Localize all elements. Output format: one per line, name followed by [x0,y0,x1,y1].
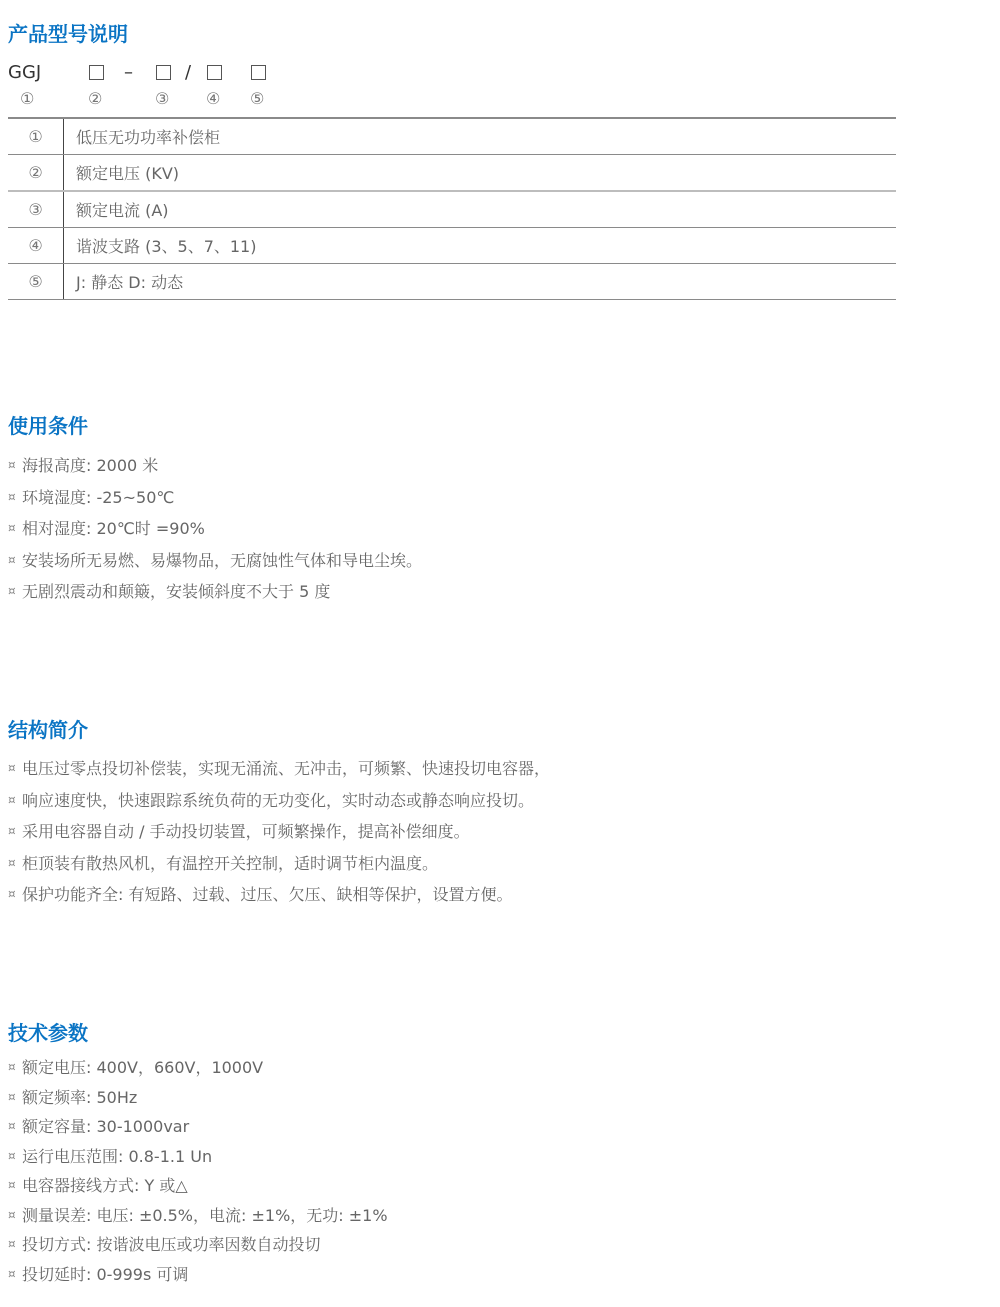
table-cell-index: ② [8,155,64,192]
list-item-text: 环境湿度: -25~50℃ [22,482,174,514]
table-cell-description: 低压无功功率补偿柜 [64,118,897,155]
code-placeholder-box-3 [156,65,171,80]
bullet-icon: ¤ [8,1142,22,1172]
list-item-text: 相对湿度: 20℃时 =90% [22,513,205,545]
list-item-text: 电容器接线方式: Y 或△ [22,1171,188,1201]
list-item: ¤相对湿度: 20℃时 =90% [8,513,422,545]
code-slash: / [185,60,191,86]
list-item-text: 投切方式: 按谐波电压或功率因数自动投切 [22,1230,320,1260]
list-item: ¤柜顶装有散热风机，有温控开关控制，适时调节柜内温度。 [8,848,550,880]
list-item: ¤投切方式: 按谐波电压或功率因数自动投切 [8,1230,388,1260]
bullet-icon: ¤ [8,848,22,880]
list-item-text: 额定容量: 30-1000var [22,1112,189,1142]
bullet-icon: ¤ [8,1083,22,1113]
code-number-3: ③ [155,88,169,110]
table-cell-description: 额定电压 (KV) [64,155,897,192]
structure-list: ¤电压过零点投切补偿装，实现无涌流、无冲击，可频繁、快速投切电容器， ¤响应速度… [8,753,550,911]
table-cell-description: J: 静态 D: 动态 [64,264,897,300]
list-item-text: 保护功能齐全: 有短路、过载、过压、欠压、缺相等保护，设置方便。 [22,879,512,911]
list-item-text: 额定频率: 50Hz [22,1083,137,1113]
list-item: ¤额定电压: 400V，660V，1000V [8,1053,388,1083]
table-row: ⑤ J: 静态 D: 动态 [8,264,896,300]
section-title-params: 技术参数 [8,1020,88,1046]
table-row: ② 额定电压 (KV) [8,155,896,192]
bullet-icon: ¤ [8,1171,22,1201]
section-title-conditions: 使用条件 [8,413,88,439]
list-item: ¤响应速度快，快速跟踪系统负荷的无功变化，实时动态或静态响应投切。 [8,785,550,817]
code-placeholder-box-5 [251,65,266,80]
list-item: ¤海报高度: 2000 米 [8,450,422,482]
params-list: ¤额定电压: 400V，660V，1000V ¤额定频率: 50Hz ¤额定容量… [8,1053,388,1289]
list-item-text: 投切延时: 0-999s 可调 [22,1260,188,1290]
list-item: ¤运行电压范围: 0.8-1.1 Un [8,1142,388,1172]
bullet-icon: ¤ [8,482,22,514]
code-number-4: ④ [206,88,220,110]
list-item: ¤无剧烈震动和颠簸，安装倾斜度不大于 5 度 [8,576,422,608]
bullet-icon: ¤ [8,1260,22,1290]
model-code-diagram: GGJ – / [8,60,408,86]
code-placeholder-box-4 [207,65,222,80]
model-code-prefix: GGJ [8,60,41,86]
bullet-icon: ¤ [8,1053,22,1083]
code-dash: – [124,60,133,86]
conditions-list: ¤海报高度: 2000 米 ¤环境湿度: -25~50℃ ¤相对湿度: 20℃时… [8,450,422,608]
list-item-text: 柜顶装有散热风机，有温控开关控制，适时调节柜内温度。 [22,848,438,880]
bullet-icon: ¤ [8,1230,22,1260]
bullet-icon: ¤ [8,753,22,785]
list-item: ¤额定容量: 30-1000var [8,1112,388,1142]
list-item-text: 测量误差: 电压: ±0.5%，电流: ±1%，无功: ±1% [22,1201,388,1231]
code-placeholder-box-2 [89,65,104,80]
table-cell-description: 额定电流 (A) [64,191,897,228]
list-item: ¤电容器接线方式: Y 或△ [8,1171,388,1201]
list-item: ¤环境湿度: -25~50℃ [8,482,422,514]
list-item-text: 无剧烈震动和颠簸，安装倾斜度不大于 5 度 [22,576,330,608]
table-row: ③ 额定电流 (A) [8,191,896,228]
table-cell-index: ④ [8,228,64,264]
bullet-icon: ¤ [8,879,22,911]
list-item: ¤额定频率: 50Hz [8,1083,388,1113]
table-row: ④ 谐波支路 (3、5、7、11) [8,228,896,264]
bullet-icon: ¤ [8,816,22,848]
bullet-icon: ¤ [8,545,22,577]
list-item: ¤安装场所无易燃、易爆物品，无腐蚀性气体和导电尘埃。 [8,545,422,577]
list-item: ¤测量误差: 电压: ±0.5%，电流: ±1%，无功: ±1% [8,1201,388,1231]
list-item: ¤电压过零点投切补偿装，实现无涌流、无冲击，可频繁、快速投切电容器， [8,753,550,785]
table-cell-index: ① [8,118,64,155]
bullet-icon: ¤ [8,1201,22,1231]
bullet-icon: ¤ [8,1112,22,1142]
list-item-text: 额定电压: 400V，660V，1000V [22,1053,263,1083]
table-cell-index: ③ [8,191,64,228]
bullet-icon: ¤ [8,576,22,608]
table-row: ① 低压无功功率补偿柜 [8,118,896,155]
code-number-5: ⑤ [250,88,264,110]
code-number-1: ① [20,88,34,110]
list-item-text: 海报高度: 2000 米 [22,450,158,482]
model-spec-table: ① 低压无功功率补偿柜 ② 额定电压 (KV) ③ 额定电流 (A) ④ 谐波支… [8,117,896,300]
model-code-numbers: ① ② ③ ④ ⑤ [8,88,408,110]
list-item: ¤投切延时: 0-999s 可调 [8,1260,388,1290]
section-title-structure: 结构简介 [8,717,88,743]
section-title-model: 产品型号说明 [8,21,128,47]
list-item: ¤采用电容器自动 / 手动投切装置，可频繁操作，提高补偿细度。 [8,816,550,848]
bullet-icon: ¤ [8,450,22,482]
list-item-text: 采用电容器自动 / 手动投切装置，可频繁操作，提高补偿细度。 [22,816,470,848]
list-item-text: 响应速度快，快速跟踪系统负荷的无功变化，实时动态或静态响应投切。 [22,785,534,817]
list-item: ¤保护功能齐全: 有短路、过载、过压、欠压、缺相等保护，设置方便。 [8,879,550,911]
table-cell-index: ⑤ [8,264,64,300]
bullet-icon: ¤ [8,513,22,545]
table-cell-description: 谐波支路 (3、5、7、11) [64,228,897,264]
code-number-2: ② [88,88,102,110]
list-item-text: 安装场所无易燃、易爆物品，无腐蚀性气体和导电尘埃。 [22,545,422,577]
list-item-text: 电压过零点投切补偿装，实现无涌流、无冲击，可频繁、快速投切电容器， [22,753,550,785]
bullet-icon: ¤ [8,785,22,817]
list-item-text: 运行电压范围: 0.8-1.1 Un [22,1142,212,1172]
